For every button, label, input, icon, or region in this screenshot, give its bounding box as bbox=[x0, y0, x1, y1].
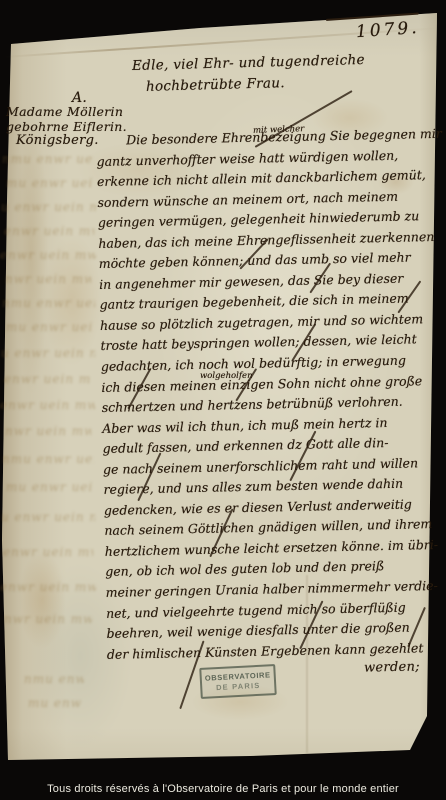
stamp-line2: DE PARIS bbox=[216, 681, 261, 692]
copyright-caption: Tous droits réservés à l'Observatoire de… bbox=[0, 783, 446, 795]
interlinear-insertion-1: mit welcher bbox=[253, 124, 305, 136]
interlinear-insertion-2: wolgeholfen bbox=[200, 371, 253, 381]
letter-closing-word: werden; bbox=[364, 659, 420, 675]
address-place: Königsberg. bbox=[16, 133, 99, 148]
address-recipient-name: Madame Möllerin bbox=[6, 104, 123, 119]
manuscript-scan: nmu enwr uein mwenr hun nmu enwr uein mw… bbox=[0, 0, 446, 800]
letter-body: Die besondere Ehrenbezeigung Sie begegne… bbox=[96, 124, 446, 665]
observatoire-de-paris-stamp: OBSERVATOIRE DE PARIS bbox=[199, 664, 277, 699]
stamp-line1: OBSERVATOIRE bbox=[205, 670, 271, 682]
